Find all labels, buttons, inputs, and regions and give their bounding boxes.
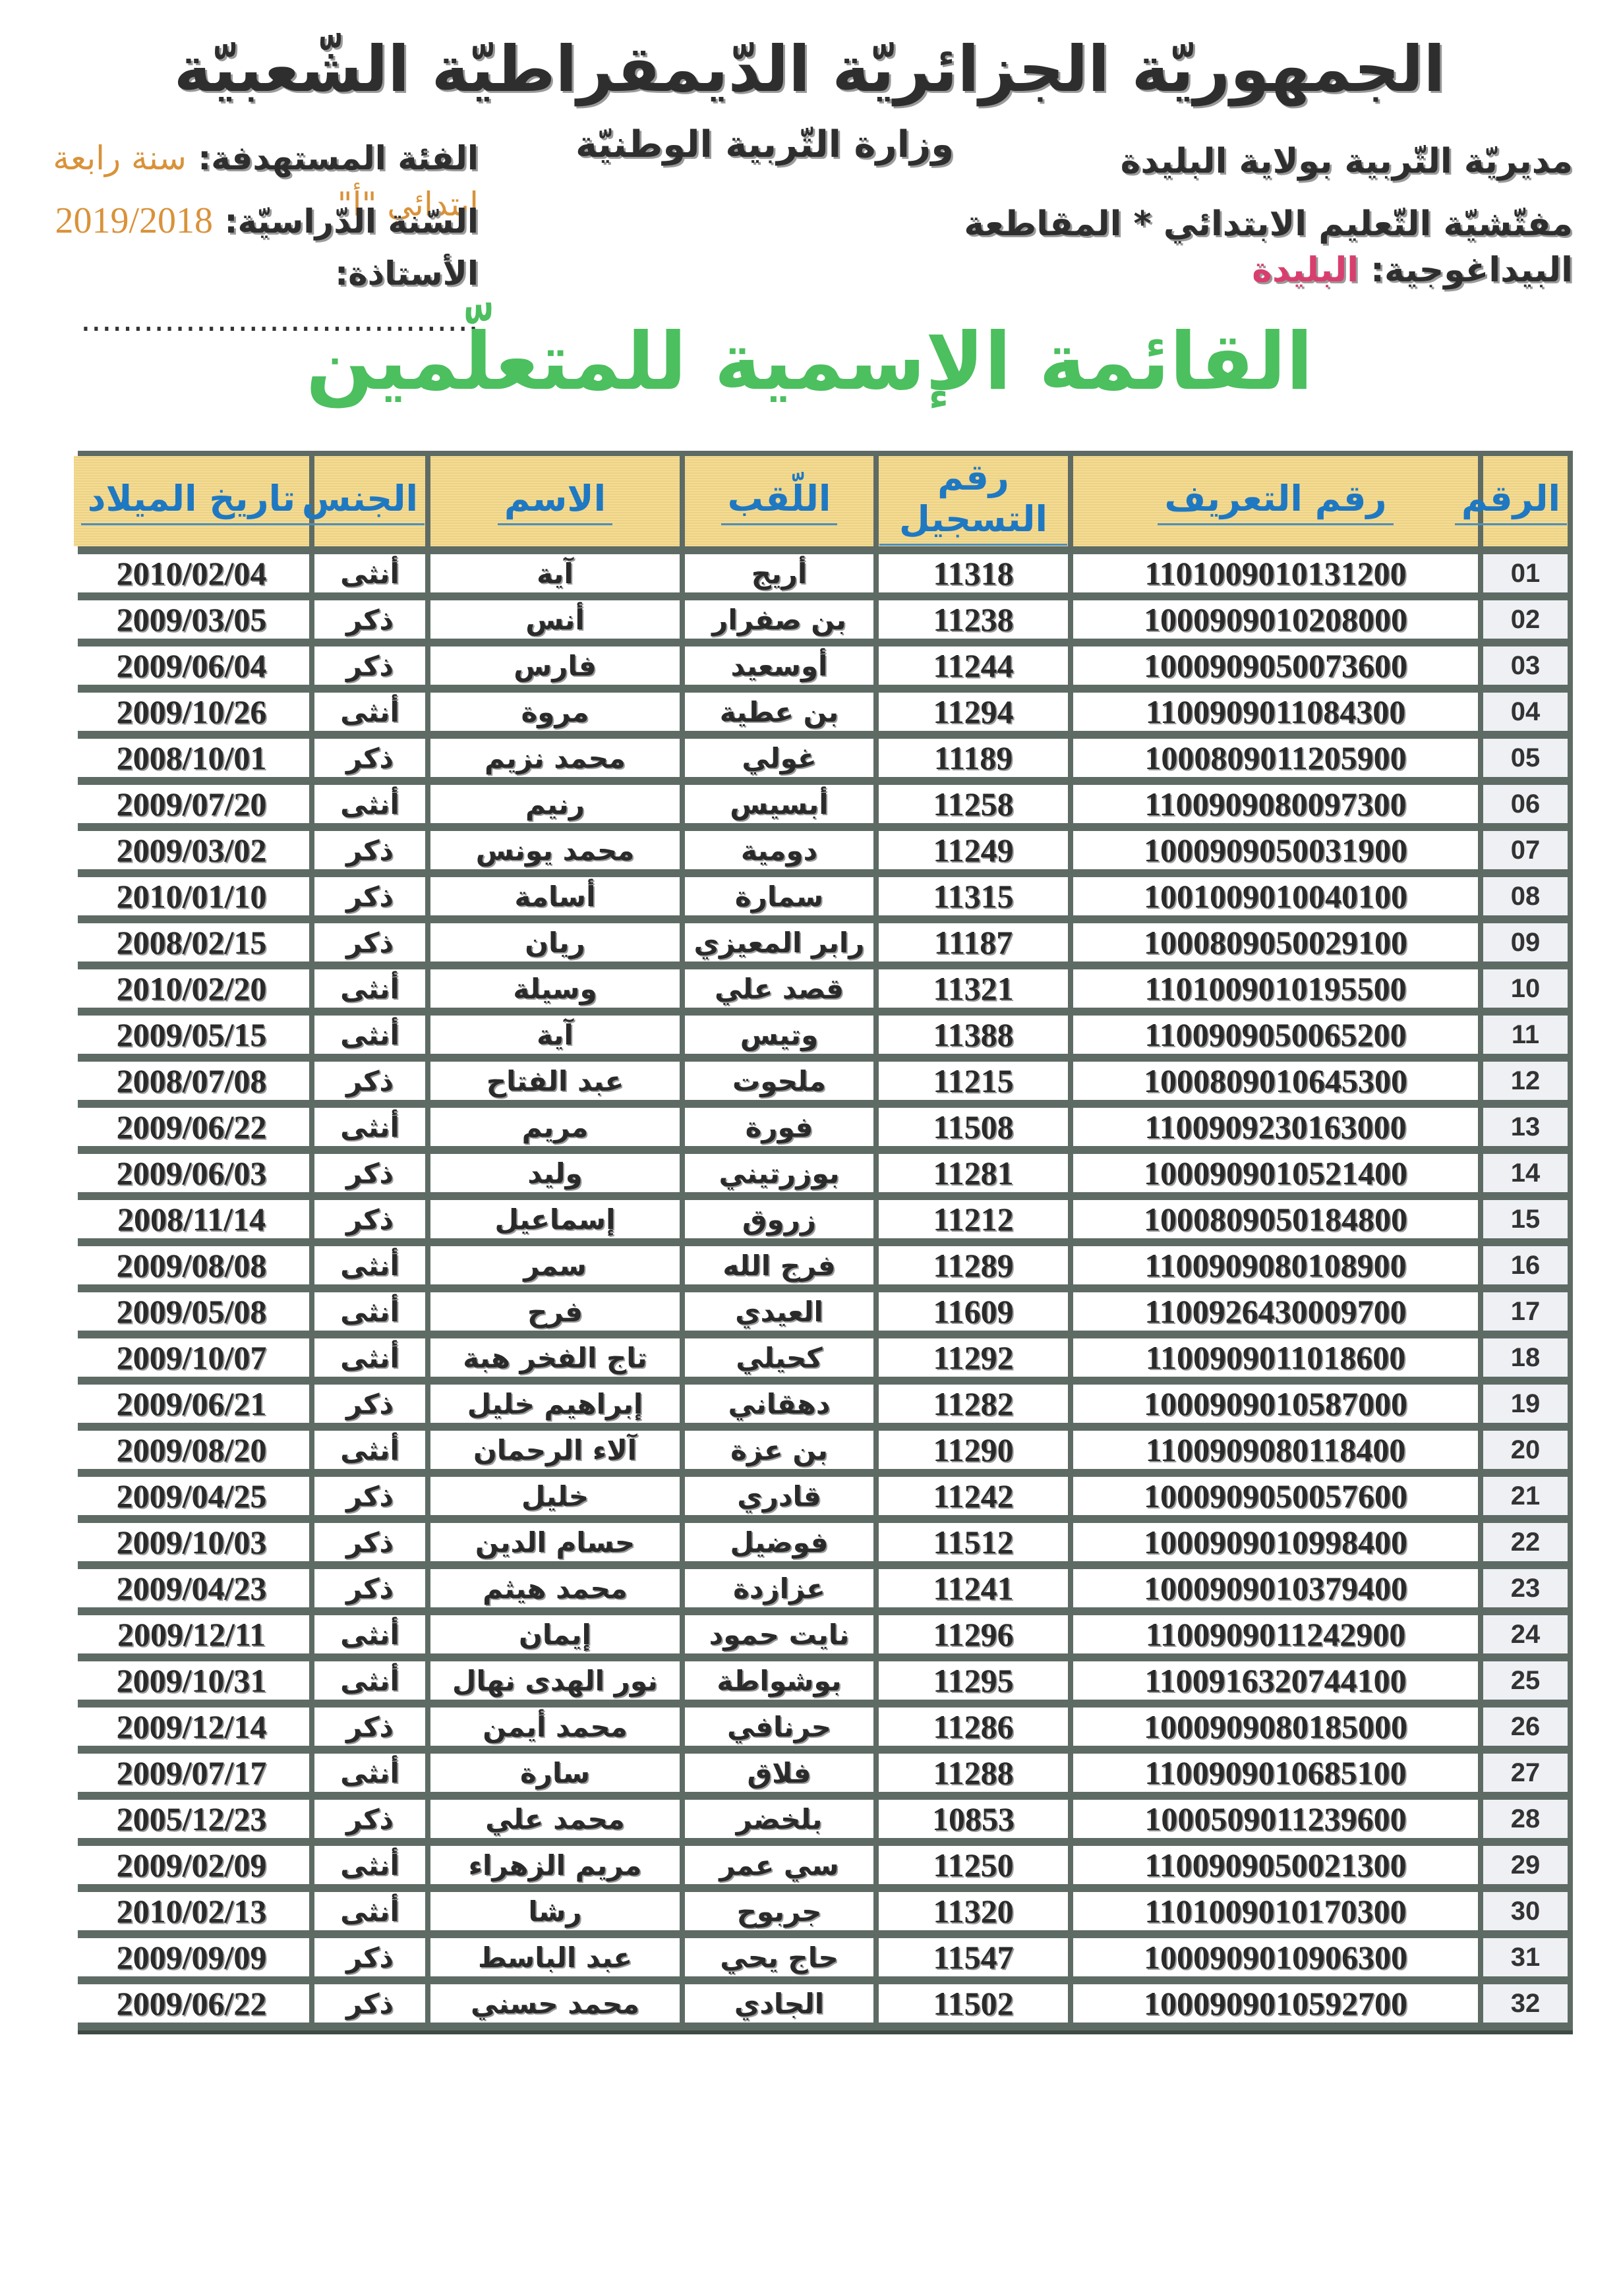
birth-date-cell: 2009/10/03 — [74, 1523, 309, 1561]
gender-cell: ذكر — [314, 1569, 425, 1607]
birth-date-cell: 2010/02/13 — [74, 1892, 309, 1930]
table-row: 18110090901101860011292كحيليتاج الفخر هب… — [74, 1338, 1568, 1377]
school-year-label: السّنة الدّراسيّة: — [224, 202, 479, 241]
first-name-cell: رنيم — [430, 785, 680, 823]
row-number-cell: 18 — [1483, 1338, 1568, 1377]
gender-cell: ذكر — [314, 831, 425, 869]
student-id-cell: 1000909050057600 — [1073, 1477, 1478, 1515]
birth-date-cell: 2009/07/20 — [74, 785, 309, 823]
row-number-cell: 10 — [1483, 969, 1568, 1008]
registration-number-cell: 11187 — [879, 923, 1068, 961]
surname-cell: أبسيس — [685, 785, 873, 823]
gender-cell: أنثى — [314, 1892, 425, 1930]
republic-heading: الجمهوريّة الجزائريّة الدّيمقراطيّة الشّ… — [0, 26, 1619, 112]
registration-number-cell: 11318 — [879, 554, 1068, 592]
table-row: 25110091632074410011295بوشواطةنور الهدى … — [74, 1661, 1568, 1700]
gender-cell: أنثى — [314, 554, 425, 592]
first-name-cell: محمد نزيم — [430, 739, 680, 777]
table-row: 01110100901013120011318أريجآيةأنثى2010/0… — [74, 554, 1568, 592]
gender-cell: ذكر — [314, 1984, 425, 2023]
student-id-cell: 1100909010685100 — [1073, 1754, 1478, 1792]
registration-number-cell: 11294 — [879, 693, 1068, 731]
gender-cell: أنثى — [314, 1754, 425, 1792]
gender-cell: ذكر — [314, 1523, 425, 1561]
birth-date-cell: 2009/07/17 — [74, 1754, 309, 1792]
first-name-cell: مريم الزهراء — [430, 1846, 680, 1884]
table-row: 20110090908011840011290بن عزةآلاء الرحما… — [74, 1431, 1568, 1469]
registration-number-cell: 11288 — [879, 1754, 1068, 1792]
row-number-cell: 25 — [1483, 1661, 1568, 1700]
first-name-cell: أنس — [430, 600, 680, 639]
first-name-cell: نور الهدى نهال — [430, 1661, 680, 1700]
gender-cell: أنثى — [314, 693, 425, 731]
surname-cell: قصد علي — [685, 969, 873, 1008]
birth-date-cell: 2009/12/11 — [74, 1615, 309, 1653]
first-name-cell: سمر — [430, 1246, 680, 1284]
student-id-cell: 1100909011242900 — [1073, 1615, 1478, 1653]
birth-date-cell: 2009/06/22 — [74, 1984, 309, 2023]
surname-cell: فرج الله — [685, 1246, 873, 1284]
surname-cell: دومية — [685, 831, 873, 869]
column-header-name: الاسم — [430, 456, 680, 546]
directorate-line: مديريّة التّربية بولاية البليدة — [848, 138, 1573, 185]
row-number-cell: 29 — [1483, 1846, 1568, 1884]
student-id-cell: 1100909011018600 — [1073, 1338, 1478, 1377]
first-name-cell: آية — [430, 1016, 680, 1054]
gender-cell: أنثى — [314, 1292, 425, 1331]
first-name-cell: آلاء الرحمان — [430, 1431, 680, 1469]
registration-number-cell: 11315 — [879, 877, 1068, 915]
student-id-cell: 1000909080185000 — [1073, 1708, 1478, 1746]
gender-cell: ذكر — [314, 1800, 425, 1838]
birth-date-cell: 2009/09/09 — [74, 1938, 309, 1976]
gender-cell: ذكر — [314, 1062, 425, 1100]
table-row: 28100050901123960010853بلخضرمحمد عليذكر2… — [74, 1800, 1568, 1838]
surname-cell: نايت حمود — [685, 1615, 873, 1653]
surname-cell: عزازدة — [685, 1569, 873, 1607]
table-row: 21100090905005760011242قادريخليلذكر2009/… — [74, 1477, 1568, 1515]
registration-number-cell: 11321 — [879, 969, 1068, 1008]
surname-cell: سي عمر — [685, 1846, 873, 1884]
birth-date-cell: 2009/04/25 — [74, 1477, 309, 1515]
row-number-cell: 05 — [1483, 739, 1568, 777]
registration-number-cell: 11241 — [879, 1569, 1068, 1607]
surname-cell: بلخضر — [685, 1800, 873, 1838]
table-row: 09100080905002910011187رابر المعيزيريانذ… — [74, 923, 1568, 961]
surname-cell: بوشواطة — [685, 1661, 873, 1700]
registration-number-cell: 11249 — [879, 831, 1068, 869]
student-id-cell: 1000909010587000 — [1073, 1385, 1478, 1423]
surname-cell: جربوح — [685, 1892, 873, 1930]
registration-number-cell: 11215 — [879, 1062, 1068, 1100]
inspectorate-value: البليدة — [1252, 250, 1359, 290]
birth-date-cell: 2009/06/22 — [74, 1108, 309, 1146]
gender-cell: أنثى — [314, 1016, 425, 1054]
table-row: 07100090905003190011249دوميةمحمد يونسذكر… — [74, 831, 1568, 869]
birth-date-cell: 2008/07/08 — [74, 1062, 309, 1100]
gender-cell: أنثى — [314, 1431, 425, 1469]
gender-cell: ذكر — [314, 646, 425, 685]
student-id-cell: 1100909230163000 — [1073, 1108, 1478, 1146]
registration-number-cell: 10853 — [879, 1800, 1068, 1838]
registration-number-cell: 11282 — [879, 1385, 1068, 1423]
table-row: 11110090905006520011388وتيسآيةأنثى2009/0… — [74, 1016, 1568, 1054]
column-header-surname: اللّقب — [685, 456, 873, 546]
first-name-cell: وسيلة — [430, 969, 680, 1008]
birth-date-cell: 2009/08/08 — [74, 1246, 309, 1284]
surname-cell: ملحوت — [685, 1062, 873, 1100]
first-name-cell: خليل — [430, 1477, 680, 1515]
table-row: 05100080901120590011189غوليمحمد نزيمذكر2… — [74, 739, 1568, 777]
first-name-cell: رشا — [430, 1892, 680, 1930]
student-id-cell: 1101009010131200 — [1073, 554, 1478, 592]
registration-number-cell: 11242 — [879, 1477, 1068, 1515]
gender-cell: ذكر — [314, 739, 425, 777]
row-number-cell: 01 — [1483, 554, 1568, 592]
birth-date-cell: 2010/01/10 — [74, 877, 309, 915]
row-number-cell: 28 — [1483, 1800, 1568, 1838]
gender-cell: أنثى — [314, 969, 425, 1008]
surname-cell: أريج — [685, 554, 873, 592]
birth-date-cell: 2008/10/01 — [74, 739, 309, 777]
first-name-cell: تاج الفخر هبة — [430, 1338, 680, 1377]
first-name-cell: عبد الفتاح — [430, 1062, 680, 1100]
surname-cell: دهقاني — [685, 1385, 873, 1423]
birth-date-cell: 2010/02/04 — [74, 554, 309, 592]
table-row: 27110090901068510011288فلاقسارةأنثى2009/… — [74, 1754, 1568, 1792]
row-number-cell: 08 — [1483, 877, 1568, 915]
birth-date-cell: 2009/08/20 — [74, 1431, 309, 1469]
registration-number-cell: 11296 — [879, 1615, 1068, 1653]
student-id-cell: 1100909080108900 — [1073, 1246, 1478, 1284]
registration-number-cell: 11189 — [879, 739, 1068, 777]
surname-cell: وتيس — [685, 1016, 873, 1054]
registration-number-cell: 11508 — [879, 1108, 1068, 1146]
table-row: 32100090901059270011502الجاديمحمد حسنيذك… — [74, 1984, 1568, 2023]
student-id-cell: 1000909010208000 — [1073, 600, 1478, 639]
surname-cell: حرنافي — [685, 1708, 873, 1746]
student-id-cell: 1000909050031900 — [1073, 831, 1478, 869]
school-year-value: 2019/2018 — [55, 200, 213, 241]
surname-cell: بوزرتيني — [685, 1154, 873, 1192]
student-id-cell: 1000809050184800 — [1073, 1200, 1478, 1238]
birth-date-cell: 2009/06/04 — [74, 646, 309, 685]
student-id-cell: 1100909011084300 — [1073, 693, 1478, 731]
row-number-cell: 12 — [1483, 1062, 1568, 1100]
surname-cell: بن صفرار — [685, 600, 873, 639]
table-row: 31100090901090630011547حاج يحيعبد الباسط… — [74, 1938, 1568, 1976]
first-name-cell: حسام الدين — [430, 1523, 680, 1561]
gender-cell: أنثى — [314, 1108, 425, 1146]
row-number-cell: 17 — [1483, 1292, 1568, 1331]
row-number-cell: 02 — [1483, 600, 1568, 639]
gender-cell: أنثى — [314, 1846, 425, 1884]
row-number-cell: 19 — [1483, 1385, 1568, 1423]
students-table: الرقم رقم التعريف رقم التسجيل اللّقب الا… — [69, 448, 1573, 2030]
table-row: 13110090923016300011508فورةمريمأنثى2009/… — [74, 1108, 1568, 1146]
first-name-cell: مروة — [430, 693, 680, 731]
first-name-cell: آية — [430, 554, 680, 592]
first-name-cell: مريم — [430, 1108, 680, 1146]
registration-number-cell: 11238 — [879, 600, 1068, 639]
student-id-cell: 1001009010040100 — [1073, 877, 1478, 915]
surname-cell: فلاق — [685, 1754, 873, 1792]
gender-cell: أنثى — [314, 1615, 425, 1653]
column-header-birthdate: تاريخ الميلاد — [74, 456, 309, 546]
surname-cell: بن عطية — [685, 693, 873, 731]
registration-number-cell: 11289 — [879, 1246, 1068, 1284]
gender-cell: ذكر — [314, 923, 425, 961]
row-number-cell: 16 — [1483, 1246, 1568, 1284]
first-name-cell: وليد — [430, 1154, 680, 1192]
school-year-line: السّنة الدّراسيّة: 2019/2018 — [17, 198, 479, 244]
birth-date-cell: 2009/03/05 — [74, 600, 309, 639]
student-id-cell: 1000909010592700 — [1073, 1984, 1478, 2023]
gender-cell: أنثى — [314, 1338, 425, 1377]
row-number-cell: 09 — [1483, 923, 1568, 961]
first-name-cell: إبراهيم خليل — [430, 1385, 680, 1423]
row-number-cell: 24 — [1483, 1615, 1568, 1653]
surname-cell: زروق — [685, 1200, 873, 1238]
first-name-cell: فرح — [430, 1292, 680, 1331]
first-name-cell: محمد علي — [430, 1800, 680, 1838]
row-number-cell: 11 — [1483, 1016, 1568, 1054]
row-number-cell: 14 — [1483, 1154, 1568, 1192]
student-id-cell: 1000909010906300 — [1073, 1938, 1478, 1976]
table-row: 04110090901108430011294بن عطيةمروةأنثى20… — [74, 693, 1568, 731]
student-id-cell: 1100909080097300 — [1073, 785, 1478, 823]
student-id-cell: 1000509011239600 — [1073, 1800, 1478, 1838]
table-row: 03100090905007360011244أوسعيدفارسذكر2009… — [74, 646, 1568, 685]
student-id-cell: 1000909010521400 — [1073, 1154, 1478, 1192]
table-row: 02100090901020800011238بن صفرارأنسذكر200… — [74, 600, 1568, 639]
row-number-cell: 23 — [1483, 1569, 1568, 1607]
gender-cell: أنثى — [314, 1661, 425, 1700]
target-class-label: الفئة المستهدفة: — [198, 139, 479, 177]
birth-date-cell: 2009/05/08 — [74, 1292, 309, 1331]
row-number-cell: 30 — [1483, 1892, 1568, 1930]
student-id-cell: 1101009010195500 — [1073, 969, 1478, 1008]
table-row: 22100090901099840011512فوضيلحسام الدينذك… — [74, 1523, 1568, 1561]
student-id-cell: 1000909010998400 — [1073, 1523, 1478, 1561]
table-row: 30110100901017030011320جربوحرشاأنثى2010/… — [74, 1892, 1568, 1930]
surname-cell: العيدي — [685, 1292, 873, 1331]
birth-date-cell: 2010/02/20 — [74, 969, 309, 1008]
table-row: 26100090908018500011286حرنافيمحمد أيمنذك… — [74, 1708, 1568, 1746]
first-name-cell: سارة — [430, 1754, 680, 1792]
student-id-cell: 1000809050029100 — [1073, 923, 1478, 961]
table-row: 14100090901052140011281بوزرتينيوليدذكر20… — [74, 1154, 1568, 1192]
registration-number-cell: 11320 — [879, 1892, 1068, 1930]
student-id-cell: 1000909010379400 — [1073, 1569, 1478, 1607]
table-header-row: الرقم رقم التعريف رقم التسجيل اللّقب الا… — [74, 456, 1568, 546]
surname-cell: رابر المعيزي — [685, 923, 873, 961]
students-table-container: الرقم رقم التعريف رقم التسجيل اللّقب الا… — [78, 451, 1573, 2030]
first-name-cell: ريان — [430, 923, 680, 961]
gender-cell: ذكر — [314, 1385, 425, 1423]
registration-number-cell: 11212 — [879, 1200, 1068, 1238]
registration-number-cell: 11250 — [879, 1846, 1068, 1884]
column-header-number: الرقم — [1483, 456, 1568, 546]
surname-cell: أوسعيد — [685, 646, 873, 685]
first-name-cell: محمد هيثم — [430, 1569, 680, 1607]
registration-number-cell: 11388 — [879, 1016, 1068, 1054]
student-id-cell: 1100909080118400 — [1073, 1431, 1478, 1469]
table-row: 19100090901058700011282دهقانيإبراهيم خلي… — [74, 1385, 1568, 1423]
birth-date-cell: 2008/02/15 — [74, 923, 309, 961]
teacher-label: الأستاذة: — [335, 254, 479, 293]
first-name-cell: إيمان — [430, 1615, 680, 1653]
inspectorate-line: مفتّشيّة التّعليم الابتدائي * المقاطعة ا… — [848, 201, 1573, 293]
registration-number-cell: 11281 — [879, 1154, 1068, 1192]
gender-cell: ذكر — [314, 1708, 425, 1746]
student-id-cell: 1100909050021300 — [1073, 1846, 1478, 1884]
birth-date-cell: 2009/02/09 — [74, 1846, 309, 1884]
registration-number-cell: 11292 — [879, 1338, 1068, 1377]
table-row: 17110092643000970011609العيديفرحأنثى2009… — [74, 1292, 1568, 1331]
gender-cell: ذكر — [314, 600, 425, 639]
student-id-cell: 1100926430009700 — [1073, 1292, 1478, 1331]
row-number-cell: 04 — [1483, 693, 1568, 731]
gender-cell: ذكر — [314, 1200, 425, 1238]
student-id-cell: 1000809010645300 — [1073, 1062, 1478, 1100]
registration-number-cell: 11295 — [879, 1661, 1068, 1700]
birth-date-cell: 2009/10/26 — [74, 693, 309, 731]
table-row: 12100080901064530011215ملحوتعبد الفتاحذك… — [74, 1062, 1568, 1100]
surname-cell: سمارة — [685, 877, 873, 915]
table-row: 08100100901004010011315سمارةأسامةذكر2010… — [74, 877, 1568, 915]
gender-cell: ذكر — [314, 877, 425, 915]
first-name-cell: فارس — [430, 646, 680, 685]
row-number-cell: 13 — [1483, 1108, 1568, 1146]
registration-number-cell: 11512 — [879, 1523, 1068, 1561]
birth-date-cell: 2009/04/23 — [74, 1569, 309, 1607]
gender-cell: ذكر — [314, 1154, 425, 1192]
birth-date-cell: 2009/06/03 — [74, 1154, 309, 1192]
first-name-cell: عبد الباسط — [430, 1938, 680, 1976]
row-number-cell: 21 — [1483, 1477, 1568, 1515]
surname-cell: فوضيل — [685, 1523, 873, 1561]
surname-cell: بن عزة — [685, 1431, 873, 1469]
registration-number-cell: 11258 — [879, 785, 1068, 823]
column-header-gender: الجنس — [314, 456, 425, 546]
surname-cell: حاج يحي — [685, 1938, 873, 1976]
column-header-id: رقم التعريف — [1073, 456, 1478, 546]
birth-date-cell: 2009/03/02 — [74, 831, 309, 869]
table-row: 15100080905018480011212زروقإسماعيلذكر200… — [74, 1200, 1568, 1238]
registration-number-cell: 11502 — [879, 1984, 1068, 2023]
surname-cell: الجادي — [685, 1984, 873, 2023]
table-row: 24110090901124290011296نايت حمودإيمانأنث… — [74, 1615, 1568, 1653]
first-name-cell: محمد يونس — [430, 831, 680, 869]
gender-cell: ذكر — [314, 1938, 425, 1976]
row-number-cell: 07 — [1483, 831, 1568, 869]
registration-number-cell: 11286 — [879, 1708, 1068, 1746]
row-number-cell: 15 — [1483, 1200, 1568, 1238]
first-name-cell: إسماعيل — [430, 1200, 680, 1238]
registration-number-cell: 11547 — [879, 1938, 1068, 1976]
table-row: 29110090905002130011250سي عمرمريم الزهرا… — [74, 1846, 1568, 1884]
birth-date-cell: 2005/12/23 — [74, 1800, 309, 1838]
row-number-cell: 20 — [1483, 1431, 1568, 1469]
table-row: 06110090908009730011258أبسيسرنيمأنثى2009… — [74, 785, 1568, 823]
surname-cell: فورة — [685, 1108, 873, 1146]
row-number-cell: 26 — [1483, 1708, 1568, 1746]
table-row: 10110100901019550011321قصد عليوسيلةأنثى2… — [74, 969, 1568, 1008]
birth-date-cell: 2009/10/31 — [74, 1661, 309, 1700]
table-row: 23100090901037940011241عزازدةمحمد هيثمذك… — [74, 1569, 1568, 1607]
student-id-cell: 1100916320744100 — [1073, 1661, 1478, 1700]
registration-number-cell: 11244 — [879, 646, 1068, 685]
first-name-cell: أسامة — [430, 877, 680, 915]
surname-cell: غولي — [685, 739, 873, 777]
surname-cell: كحيلي — [685, 1338, 873, 1377]
student-id-cell: 1000809011205900 — [1073, 739, 1478, 777]
registration-number-cell: 11609 — [879, 1292, 1068, 1331]
birth-date-cell: 2009/10/07 — [74, 1338, 309, 1377]
student-id-cell: 1101009010170300 — [1073, 1892, 1478, 1930]
row-number-cell: 32 — [1483, 1984, 1568, 2023]
gender-cell: أنثى — [314, 785, 425, 823]
row-number-cell: 27 — [1483, 1754, 1568, 1792]
birth-date-cell: 2008/11/14 — [74, 1200, 309, 1238]
student-id-cell: 1100909050065200 — [1073, 1016, 1478, 1054]
gender-cell: ذكر — [314, 1477, 425, 1515]
birth-date-cell: 2009/06/21 — [74, 1385, 309, 1423]
row-number-cell: 03 — [1483, 646, 1568, 685]
student-id-cell: 1000909050073600 — [1073, 646, 1478, 685]
birth-date-cell: 2009/12/14 — [74, 1708, 309, 1746]
column-header-registration: رقم التسجيل — [879, 456, 1068, 546]
first-name-cell: محمد أيمن — [430, 1708, 680, 1746]
page-title: القائمة الإسمية للمتعلّمين — [0, 303, 1619, 422]
first-name-cell: محمد حسني — [430, 1984, 680, 2023]
table-row: 16110090908010890011289فرج اللهسمرأنثى20… — [74, 1246, 1568, 1284]
registration-number-cell: 11290 — [879, 1431, 1068, 1469]
row-number-cell: 31 — [1483, 1938, 1568, 1976]
birth-date-cell: 2009/05/15 — [74, 1016, 309, 1054]
surname-cell: قادري — [685, 1477, 873, 1515]
row-number-cell: 06 — [1483, 785, 1568, 823]
row-number-cell: 22 — [1483, 1523, 1568, 1561]
gender-cell: أنثى — [314, 1246, 425, 1284]
